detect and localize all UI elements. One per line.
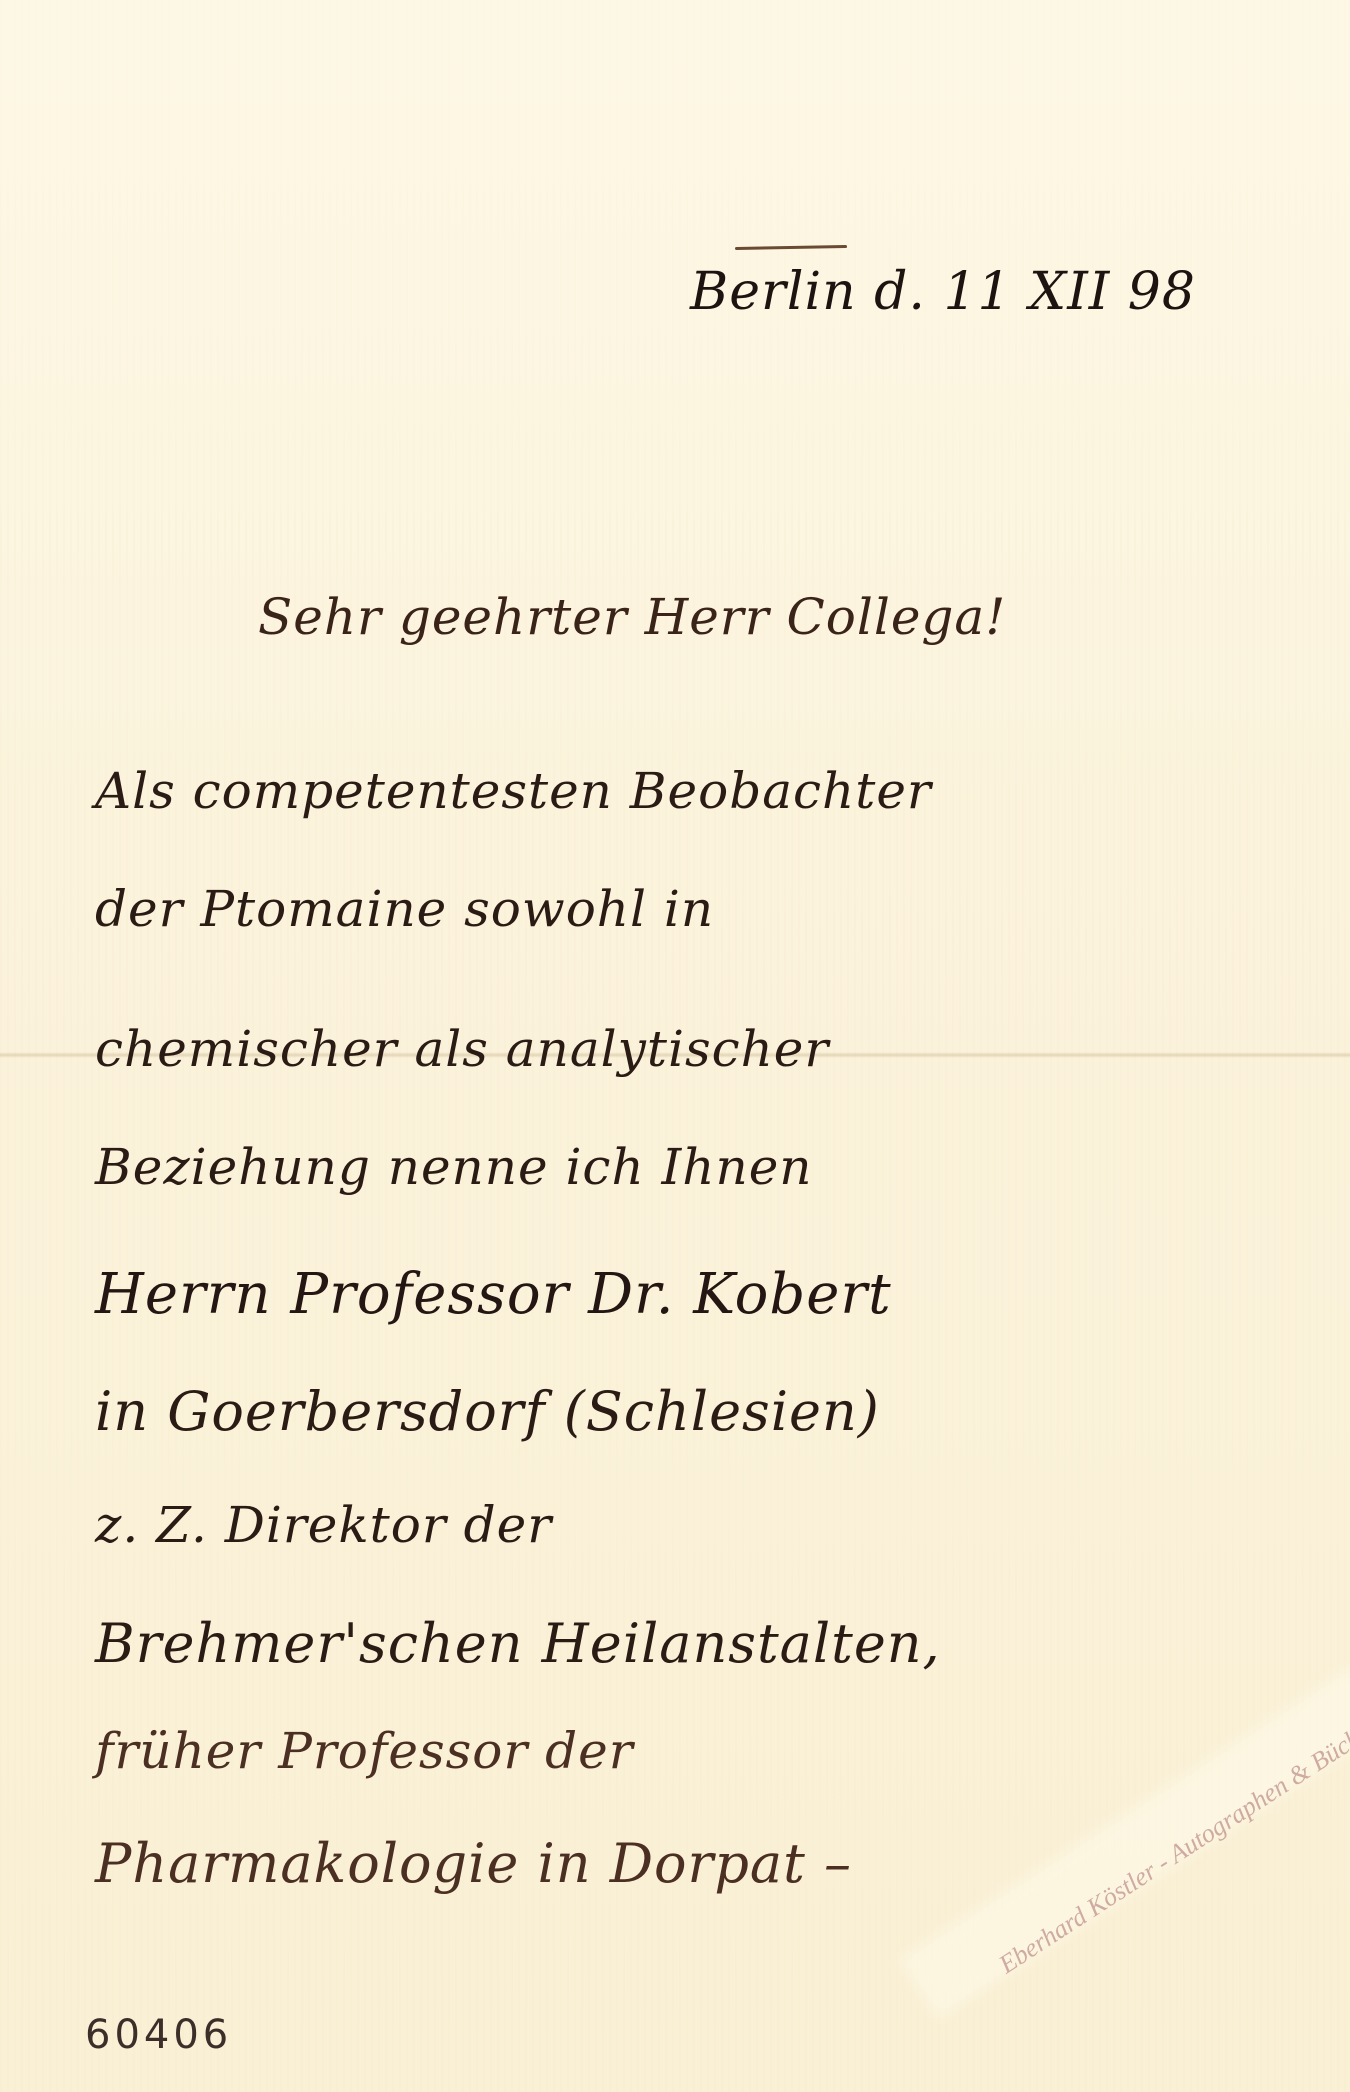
- letter-body-line: Brehmer'schen Heilanstalten,: [95, 1612, 941, 1675]
- letter-salutation: Sehr geehrter Herr Collega!: [258, 588, 1006, 646]
- letter-body-line: Herrn Professor Dr. Kobert: [95, 1262, 892, 1327]
- letter-body-line: Beziehung nenne ich Ihnen: [95, 1138, 812, 1196]
- letter-dateline: Berlin d. 11 XII 98: [690, 262, 1196, 322]
- letter-body-line: Pharmakologie in Dorpat –: [95, 1832, 852, 1895]
- letter-body-line: chemischer als analytischer: [95, 1020, 829, 1078]
- letter-body-line: früher Professor der: [95, 1722, 634, 1780]
- letter-body-line: z. Z. Direktor der: [95, 1496, 552, 1554]
- letter-body-line: Als competentesten Beobachter: [95, 762, 932, 820]
- letter-body-line: in Goerbersdorf (Schlesien): [95, 1380, 880, 1443]
- archive-number: 60406: [85, 2012, 232, 2058]
- letter-body-line: der Ptomaine sowohl in: [95, 880, 714, 938]
